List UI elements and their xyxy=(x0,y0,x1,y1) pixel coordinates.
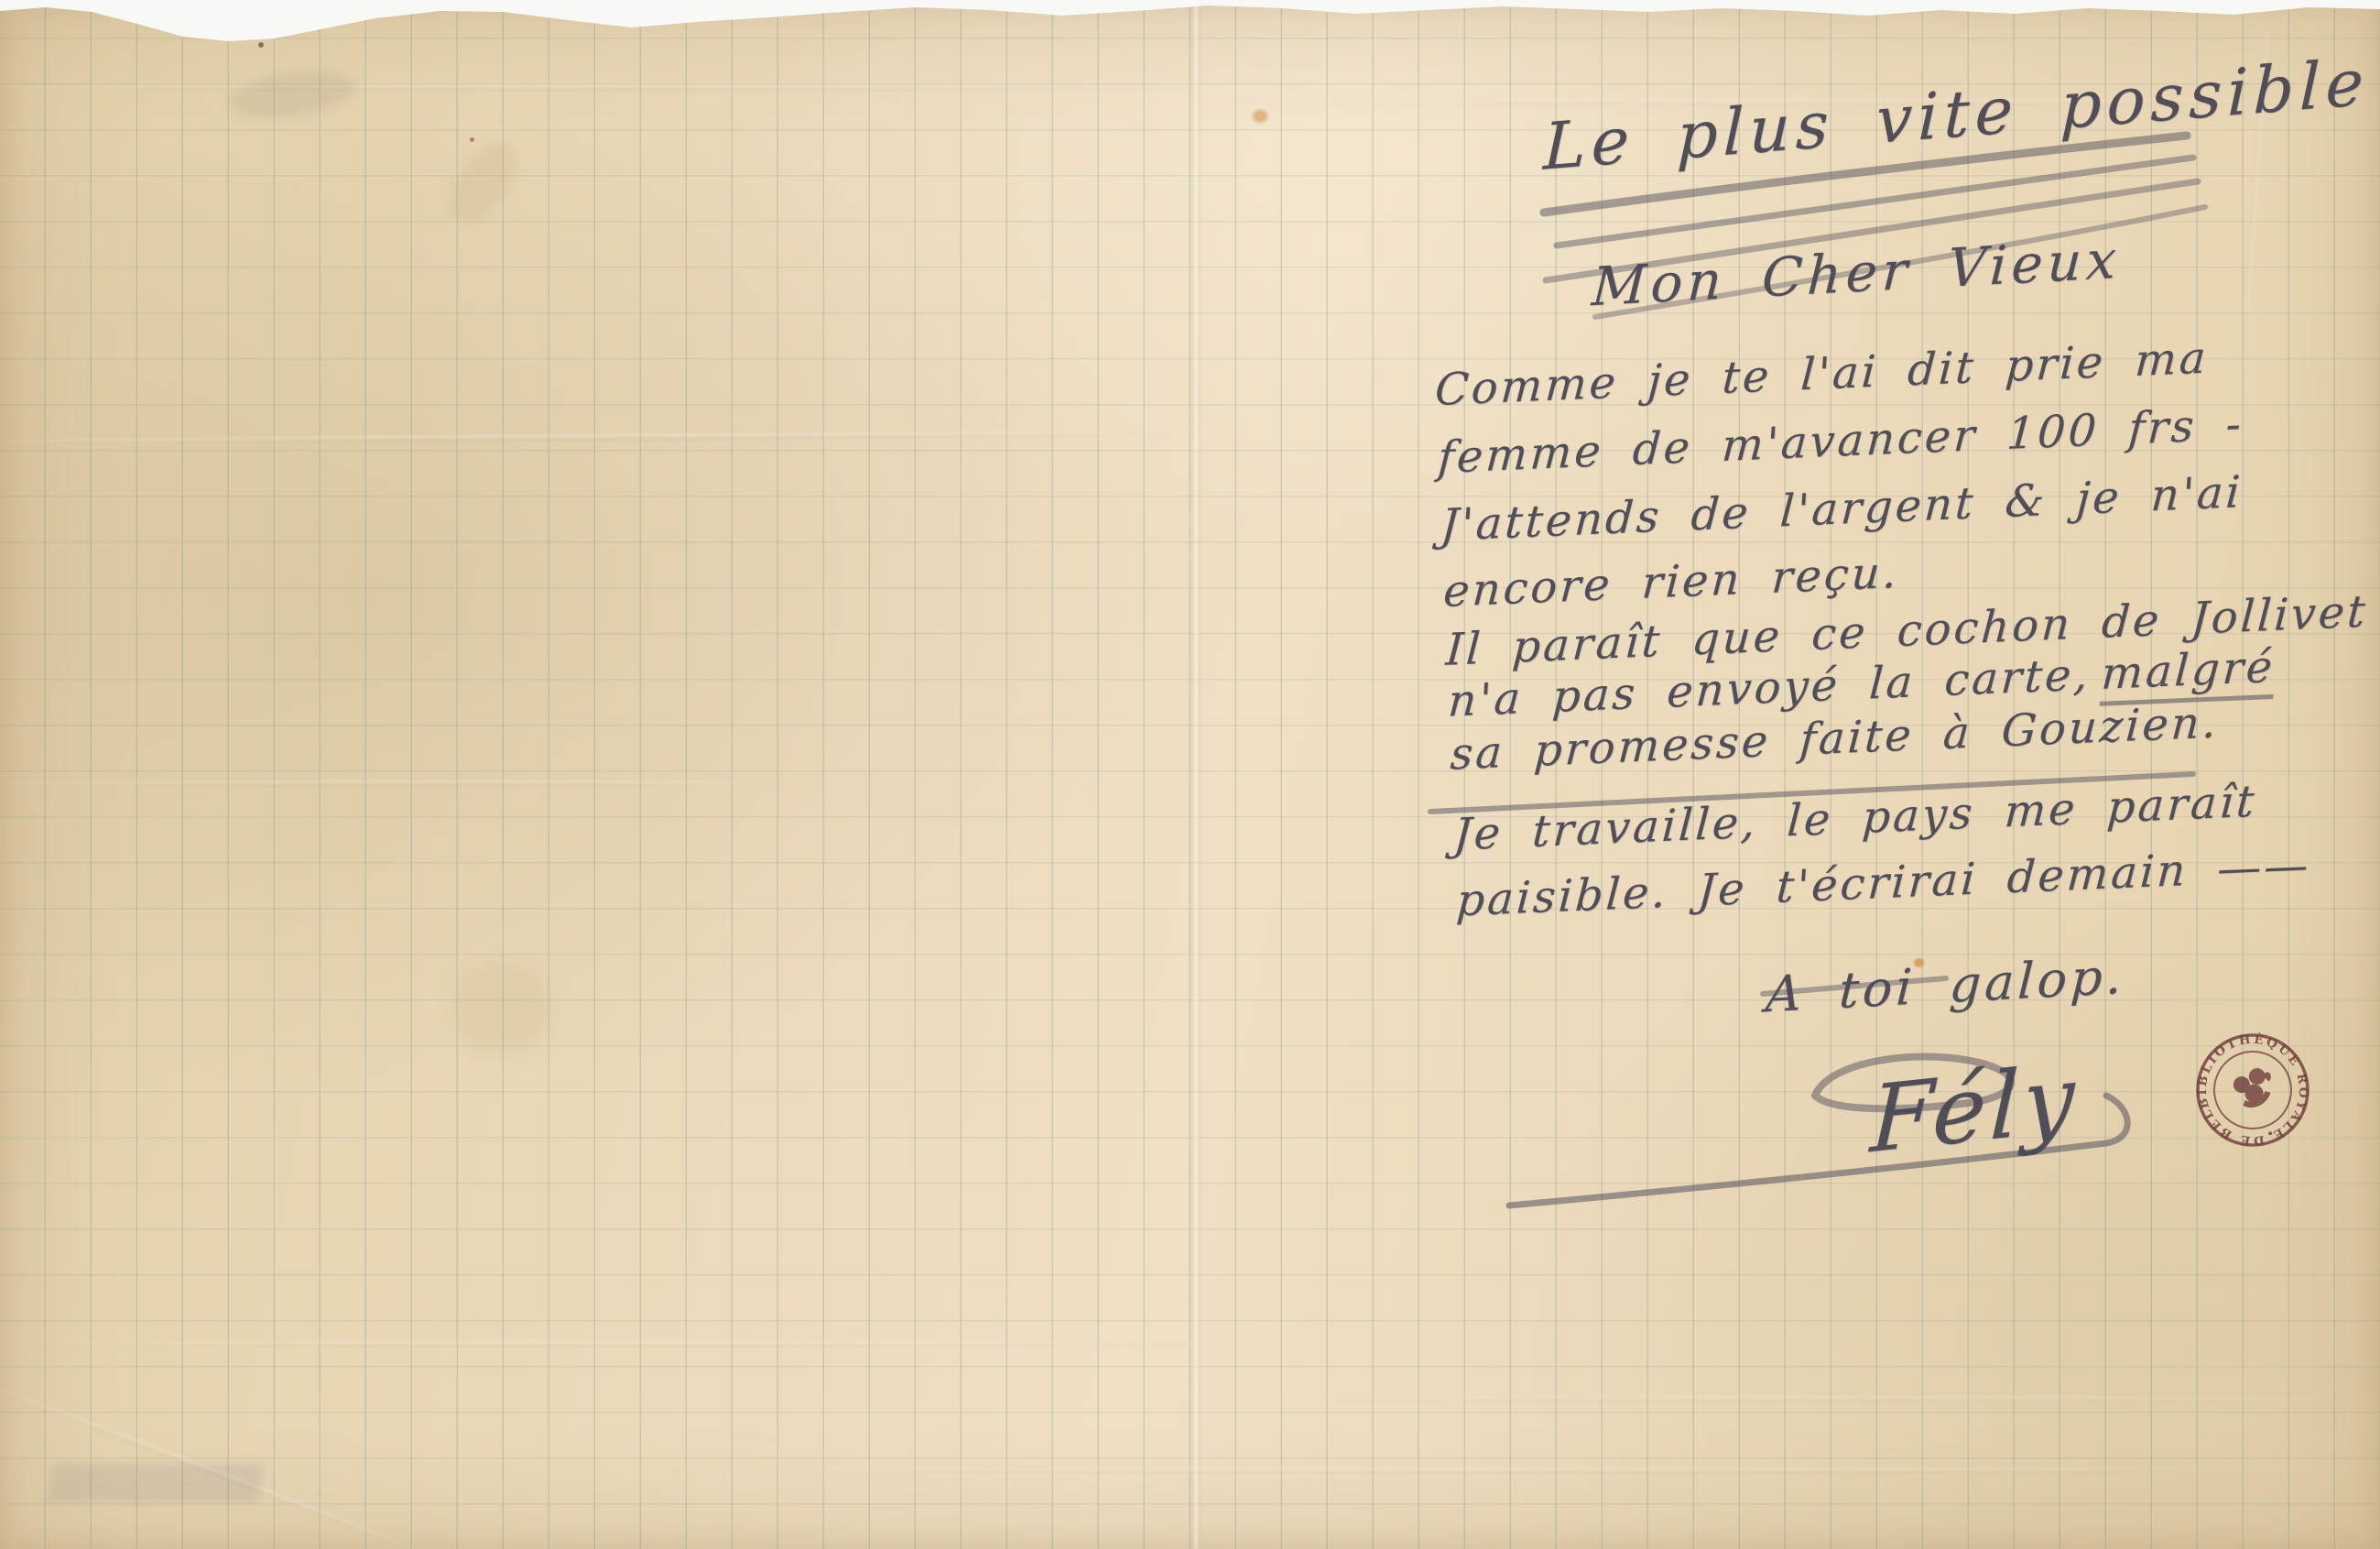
letter-scan: Le plus vite possible Mon Cher Vieux Com… xyxy=(0,0,2380,1549)
letter-line: Comme je te l'ai dit prie ma xyxy=(1433,332,2210,416)
urgency-note: Le plus vite possible xyxy=(1542,44,2370,184)
paper-sheet: Le plus vite possible Mon Cher Vieux Com… xyxy=(0,0,2380,1549)
letter-body: Comme je te l'ai dit prie ma femme de m'… xyxy=(1434,324,2380,987)
signature: Fély xyxy=(1869,1044,2080,1174)
stamp-emblem-coat-of-arms xyxy=(2230,1064,2291,1140)
handwritten-text: Le plus vite possible Mon Cher Vieux Com… xyxy=(0,0,2380,1549)
letter-line: encore rien reçu. xyxy=(1442,547,1901,617)
underlined-word: malgré xyxy=(2100,641,2277,706)
salutation: Mon Cher Vieux xyxy=(1591,228,2123,319)
torn-edge xyxy=(0,0,2380,55)
letter-line: J'attends de l'argent & je n'ai xyxy=(1440,466,2244,551)
